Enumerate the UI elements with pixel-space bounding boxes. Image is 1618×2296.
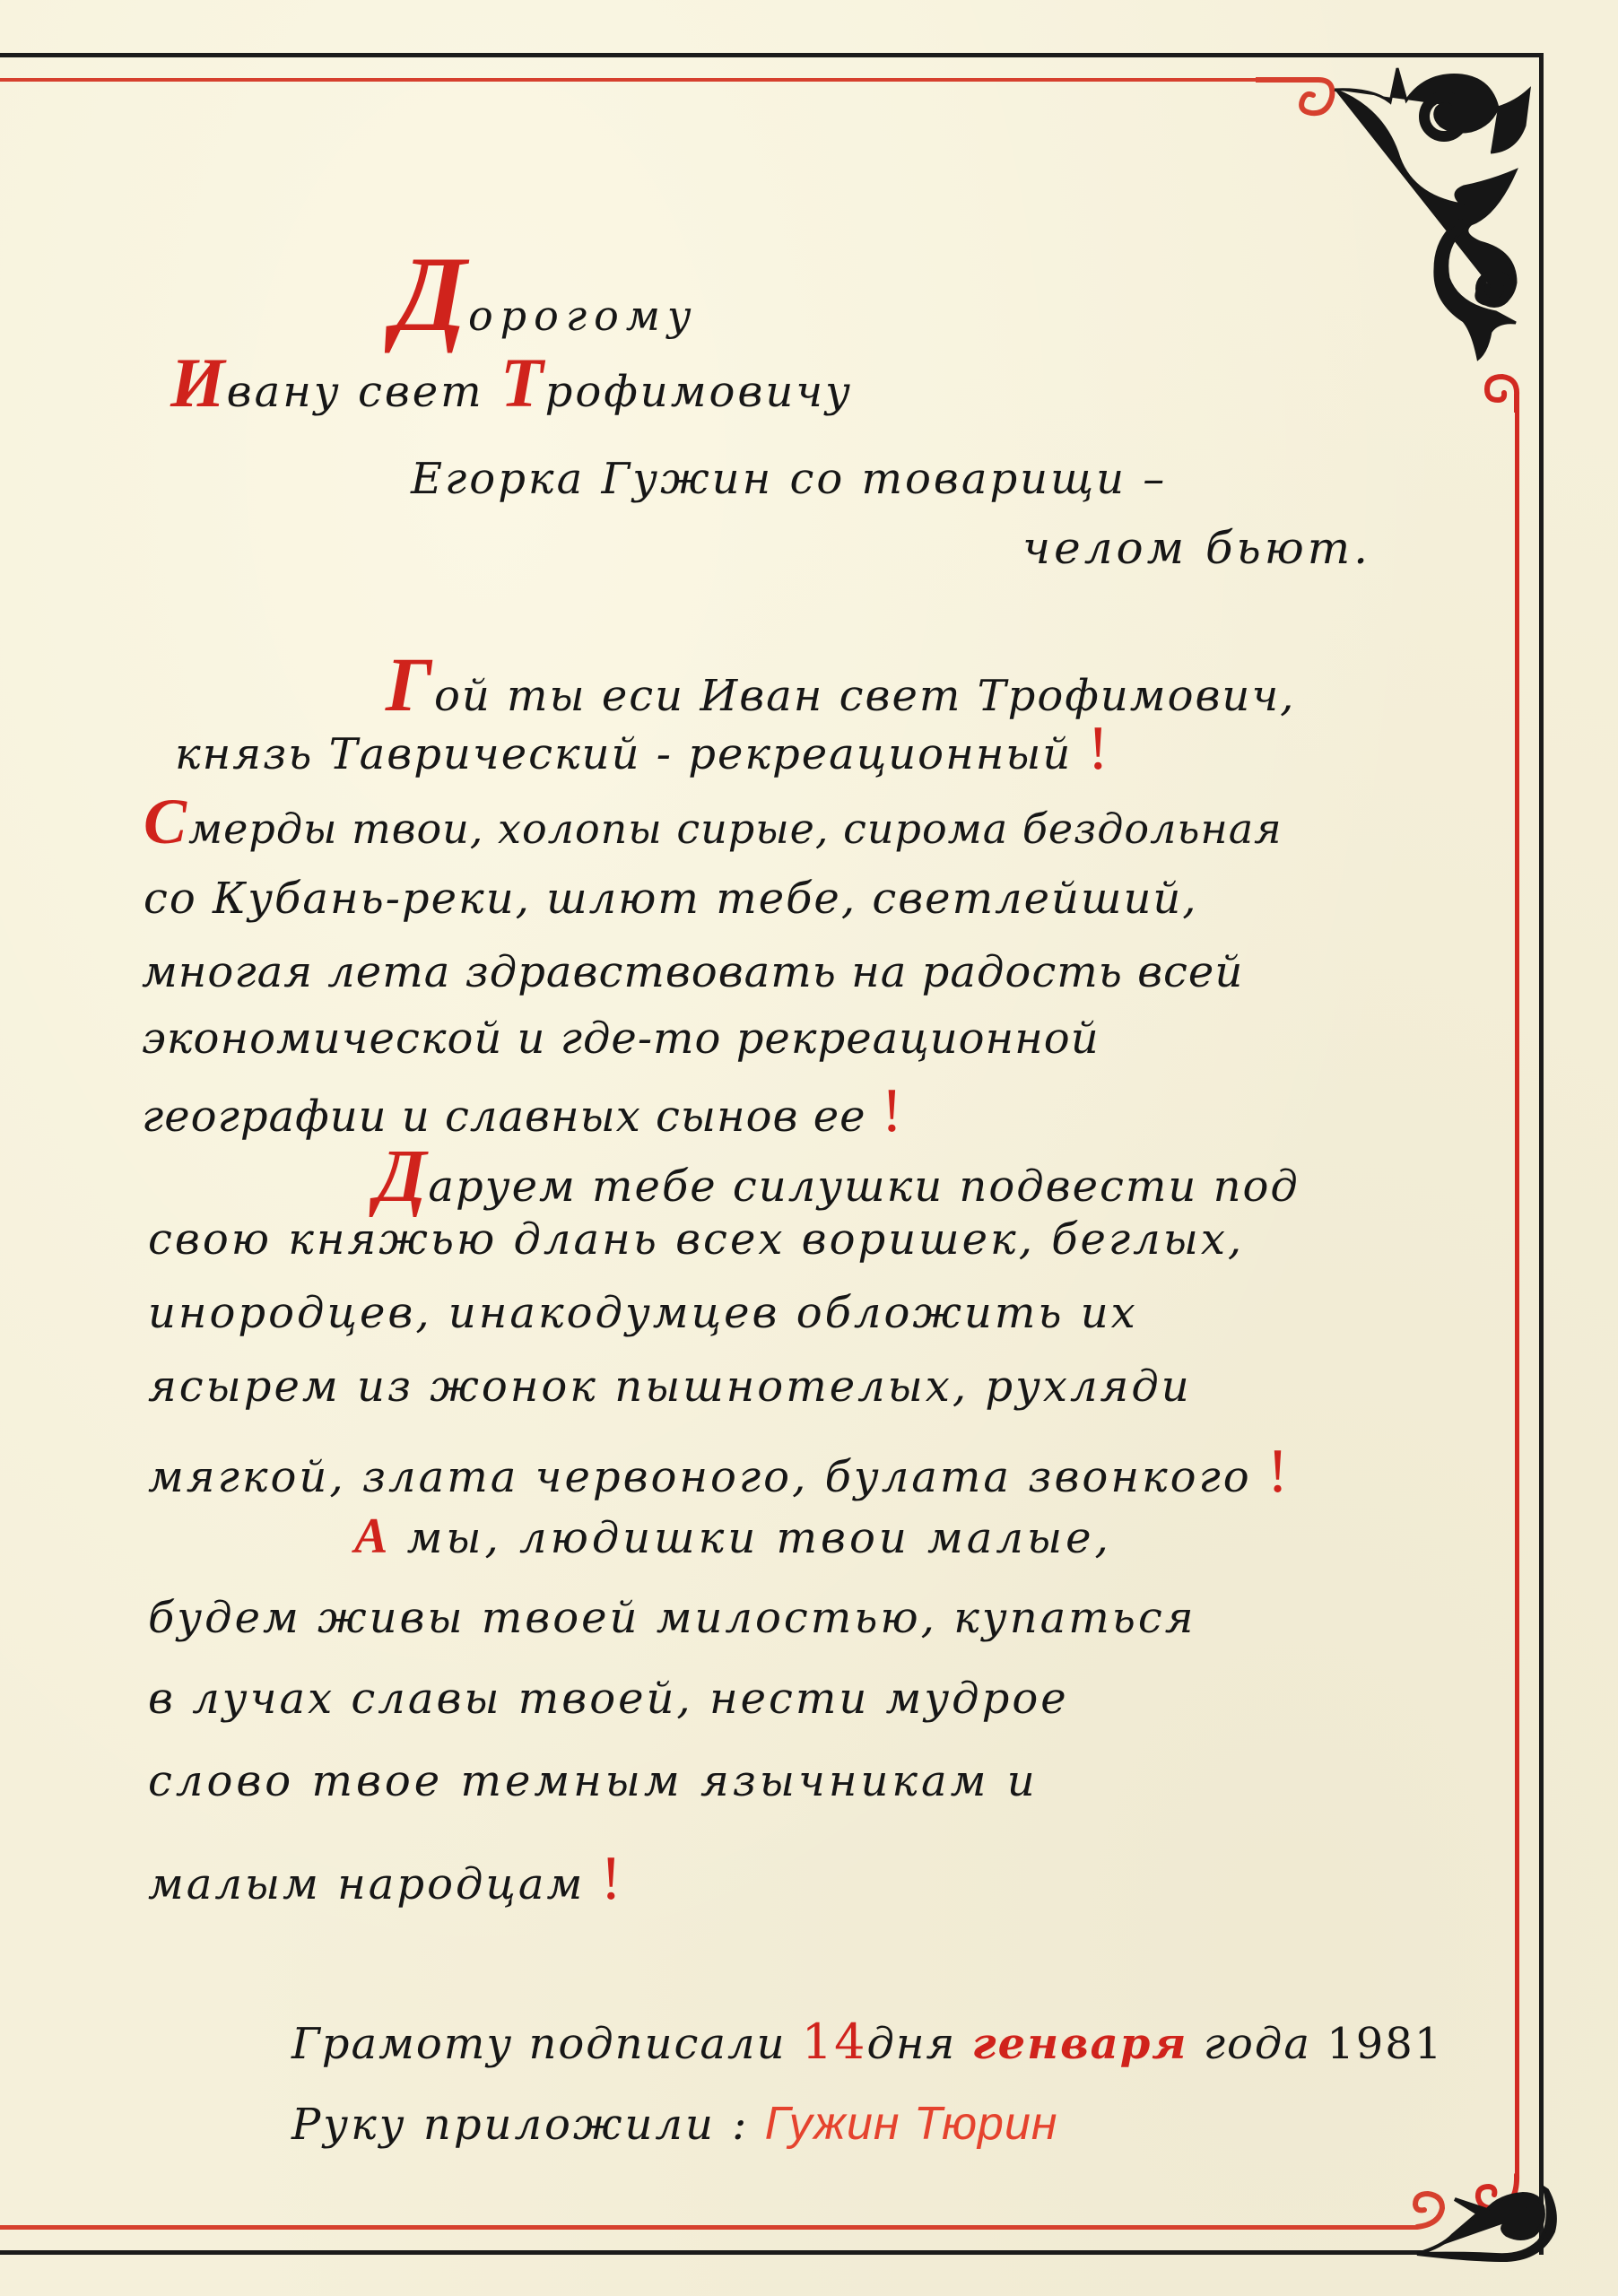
bottom-right-scroll-ornament-icon — [1345, 2135, 1561, 2269]
paragraph-4-line-5-text: малым народцам — [148, 1859, 585, 1909]
paragraph-4-line-4: слово твое темным язычникам и — [148, 1760, 1039, 1803]
paragraph-3-line-1: Даруем тебе силушки подвести под — [375, 1139, 1300, 1214]
border-right-red-line — [1515, 395, 1519, 2175]
paragraph-3-line-2: свою княжью длань всех воришек, беглых, — [148, 1218, 1244, 1261]
paragraph-2-line-4: экономической и где-то рекреационной — [142, 1017, 1100, 1060]
paragraph-3-line-3: инородцев, инакодумцев обложить их — [148, 1291, 1138, 1335]
paragraph-4-line-1-text: мы, людишки твои малые, — [389, 1513, 1111, 1563]
paragraph-1-line-2-text: князь Таврический - рекреационный — [175, 729, 1072, 779]
header-name-part-2: рофимовичу — [545, 367, 853, 417]
header-line-4: челом бьют. — [1022, 526, 1371, 570]
header-name-part-1: вану свет — [227, 367, 500, 417]
exclamation-mark: ! — [1088, 714, 1110, 783]
paragraph-4-line-2: будем живы твоей милостью, купаться — [148, 1596, 1196, 1639]
drop-cap-T: Т — [500, 344, 545, 422]
paragraph-4-line-3: в лучах славы твоей, нести мудрое — [148, 1677, 1069, 1720]
signed-day-word: дня — [866, 2019, 956, 2069]
paragraph-4-line-5: малым народцам ! — [148, 1848, 623, 1910]
paragraph-2-line-2: со Кубань-реки, шлют тебе, светлейший, — [144, 877, 1198, 920]
border-bottom-red-line — [0, 2225, 1417, 2230]
border-bottom-black-line — [0, 2250, 1426, 2255]
signed-day-number: 14 — [802, 2013, 867, 2070]
drop-cap-A: А — [354, 1509, 389, 1564]
border-top-red-line — [0, 78, 1283, 82]
paragraph-2-line-5-text: географии и славных сынов ее — [142, 1091, 866, 1142]
drop-cap-D: Д — [393, 234, 468, 353]
paragraph-1-line-2: князь Таврический - рекреационный ! — [175, 717, 1110, 780]
paragraph-2-line-1: Смерды твои, холопы сирые, сирома бездол… — [144, 789, 1283, 854]
exclamation-mark: ! — [1267, 1437, 1290, 1506]
paragraph-1-line-1-text: ой ты еси Иван свет Трофимович, — [434, 671, 1295, 721]
drop-cap-D-2: Д — [375, 1135, 428, 1218]
hands-label: Руку приложили : — [291, 2100, 749, 2150]
header-word-dorogomu: орогому — [468, 291, 699, 340]
header-line-3: Егорка Гужин со товарищи – — [411, 457, 1167, 500]
header-line-2: Ивану свет Трофимовичу — [170, 348, 853, 418]
paragraph-2-line-5: географии и славных сынов ее ! — [142, 1080, 904, 1143]
signed-label: Грамоту подписали — [291, 2019, 786, 2069]
top-right-scroll-ornament-icon — [1256, 36, 1552, 413]
paragraph-3-line-5-text: мягкой, злата червоного, булата звонкого — [148, 1452, 1252, 1502]
exclamation-mark: ! — [882, 1076, 904, 1145]
paragraph-3-line-5: мягкой, злата червоного, булата звонкого… — [148, 1440, 1290, 1503]
exclamation-mark: ! — [601, 1844, 623, 1913]
hands-line: Руку приложили : Гужин Тюрин — [291, 2100, 1058, 2147]
drop-cap-S: С — [144, 786, 188, 857]
signed-month: генваря — [972, 2019, 1188, 2069]
paragraph-3-line-4: ясырем из жонок пышнотелых, рухляди — [148, 1365, 1192, 1408]
signed-date-line: Грамоту подписали 14дня генваря года 198… — [291, 2018, 1443, 2066]
paragraph-1-line-1: Гой ты еси Иван свет Трофимович, — [386, 646, 1295, 723]
paragraph-4-line-1: А мы, людишки твои малые, — [354, 1511, 1112, 1561]
signed-year: 1981 — [1327, 2019, 1443, 2069]
signed-year-word: года — [1204, 2019, 1311, 2069]
header-line-1: Дорогому — [393, 240, 699, 348]
signature: Гужин Тюрин — [765, 2098, 1058, 2150]
drop-cap-G: Г — [386, 641, 434, 727]
drop-cap-I: И — [170, 344, 227, 422]
paragraph-2-line-3: многая лета здравствовать на радость все… — [142, 951, 1243, 994]
paragraph-2-line-1-text: мерды твои, холопы сирые, сирома бездоль… — [188, 804, 1283, 853]
paragraph-3-line-1-text: аруем тебе силушки подвести под — [428, 1161, 1299, 1212]
